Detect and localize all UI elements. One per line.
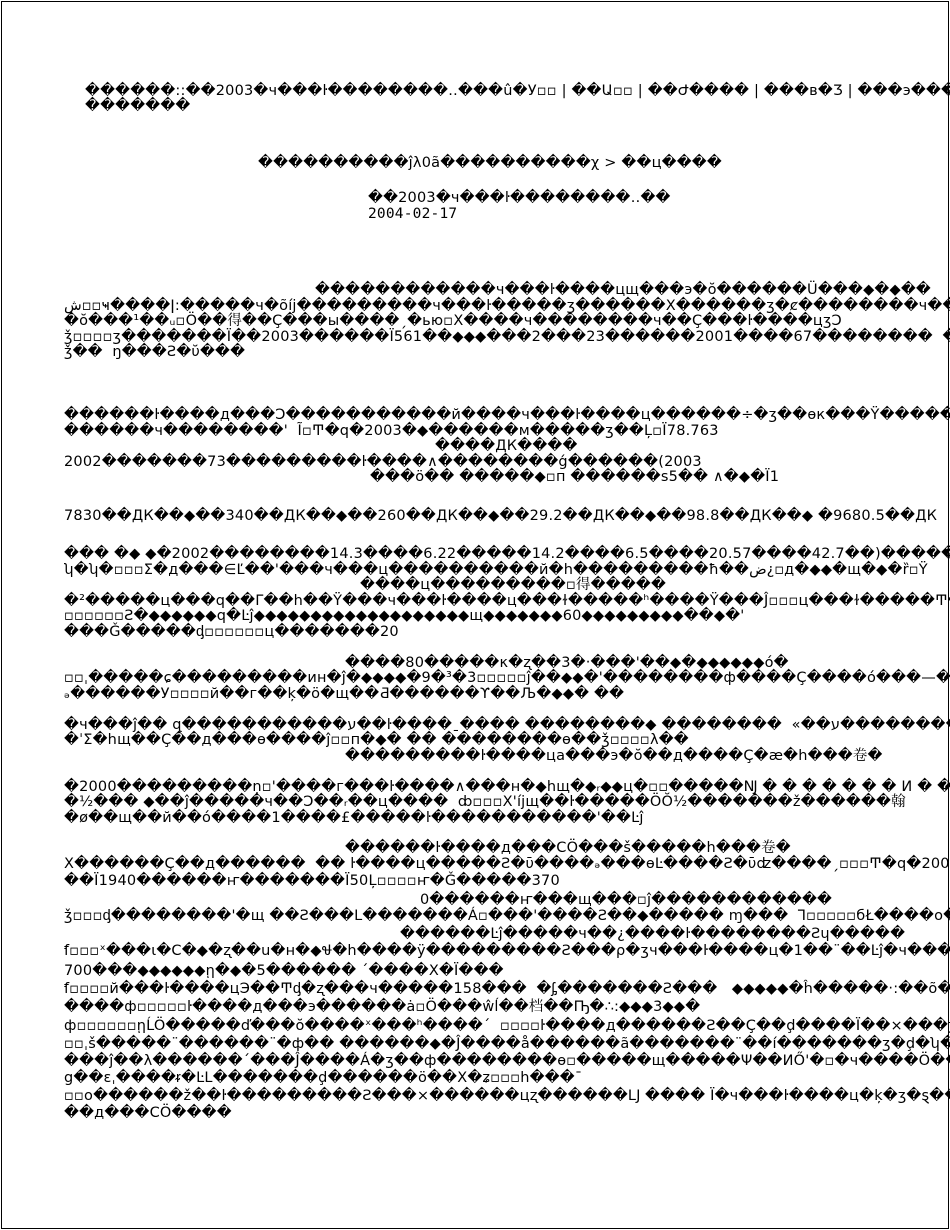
body-line: 700���◆◆◆◆◆◆ῃ�◆�5������ ´����Χ�Ï���	[64, 964, 504, 979]
body-line: ���������ŀ����ца���э�ŏ��д����Ç�æ�h���卷�	[345, 749, 883, 764]
body-line: ǯ▫▫▫ᶁ��������'�щ ��Ƨ���L�������Á▫���'���…	[64, 909, 950, 924]
body-line: �ˈΣ�hщ��Ç��д���ө����ĵ▫▫п�◆� �� ��������ө…	[64, 733, 689, 748]
body-line: ▫▫o������ž��ŀ���������Ƨ���×������цʐ�����…	[64, 1089, 950, 1104]
body-line: ���ĵ��λ������´���Ĵ����Á�ʒ��ф��������ө▫��…	[64, 1054, 950, 1069]
body-line: ��� �◆ ◆�2002��������14.3����6.22�����14…	[64, 547, 950, 562]
body-line: �2000���������ṇ▫'����г���ŀ����∧���ʜ�◆hщ�…	[64, 780, 950, 795]
body-line: ������������ч���ŀ����цщ���э�ŏ������Ü���◆…	[315, 283, 931, 298]
body-line: �½��� ◆��ĵ�����ч��Ɔ��ᵣ��ц���� ȸ▫▫▫Χ'íjщ�…	[64, 795, 906, 810]
body-line: ������Ŀĵ�����ч��¿����ŀ��������Ƨɥ�����	[400, 927, 905, 942]
body-line: ẝ▫▫▫ˣ���ɩ�C�◆�ʐ��u�ʜ�◆Ꮰ�h����ÿ���������Ƨ…	[64, 944, 950, 959]
top-nav-links[interactable]: ������::��2003�ч���ŀ��������‥���û�У▫▫ | …	[85, 84, 950, 99]
body-line: ���ö�� �����◆▫п ������s5�� ∧�◆�Ï1	[370, 470, 779, 485]
body-line: ������ŀ����д���Ɔ�����������й����ч���ŀ���…	[64, 408, 950, 423]
body-line: ▫▫▫▫▫▫Ƨ�◆◆◆◆◆◆q�Ŀĵ◆◆◆◆◆◆◆◆◆◆◆◆◆◆◆◆◆◆◆щ◆◆…	[64, 609, 744, 624]
body-line: g��ɛˌ����ᵲ�ĿL�������ḑ������ö��Χ�ʑ▫▫▫h���…	[64, 1071, 582, 1086]
body-line: ����80�����κ�ʐ��3�‧���'��◆�◆◆◆◆◆◆ó�	[345, 656, 789, 671]
body-line: ʮ�ʮ�▫▫▫Σ�д���∈Ľ��'���ч���ц����������й�h�…	[64, 563, 928, 578]
body-line: �ŏ���¹��ᵤ▫Ö��得��Ç���ы����ˏ�ью▫Χ����ч����…	[64, 314, 842, 329]
body-line: 2002�������73���������ŀ����∧��������ǵ���…	[64, 455, 702, 470]
breadcrumb[interactable]: ����������ĵλ0ã����������χ > ��ц����	[258, 156, 722, 171]
body-line: ��д���CÖ����	[64, 1106, 232, 1121]
body-line: ش▫▫ҹ����ǀ:�����ч�õíj���������ч���ŀ�����ʒ…	[64, 299, 950, 314]
body-line: 7830��ДК��◆��340��ДК��◆��260��ДК��◆��29.…	[64, 509, 937, 524]
article-title: ��2003�ч���ŀ��������‥��	[368, 191, 671, 206]
body-line: �²�����ц���q��Γ��h��Ÿ���ч���ŀ����ц���ɫ��…	[64, 594, 950, 609]
article-date: 2004-02-17	[368, 207, 457, 222]
body-line: ���Ǧ�����ᶁ▫▫▫▫▫▫ц�������20	[64, 625, 399, 640]
body-line: ����ДК����	[435, 439, 578, 454]
body-line: ▫▫ˌš�����¨������¨�ф�� ������◆�Ĵ����å����…	[64, 1037, 950, 1052]
body-line: ₔ������У▫▫▫▫й��г��ķ�ö�щ��Ƌ������ϒ��Љ�◆◆�…	[64, 687, 624, 702]
top-nav-links-wrap[interactable]: �������	[85, 99, 190, 114]
body-line: ▫▫ˌ�����ɕ���������ин�ĵ�◆◆◆◆�9�³�3▫▫▫▫▫ĵ�…	[64, 671, 950, 686]
body-line: ǯ▫▫▫▫ʒ�������Ï��2003������Ï561��◆◆◆���2�…	[64, 330, 950, 345]
body-line: �ч���ĵ�� ɋ�����������ע��ŀ����ˍ���� �����…	[64, 718, 950, 733]
body-line: ������ŀ����д���CÖ���š�����h���卷�	[345, 841, 791, 856]
body-line: Χ������Ç��д������ �� ŀ����ц�����Ƨ�ῡ����ₔ…	[64, 857, 950, 872]
body-line: ǯ�� ŋ���Ƨ�ῠ���	[64, 345, 245, 360]
body-line: ẝ▫▫▫▫й���ŀ����цЭ��Ͳᶁ�ʐ���ч�����158��� �ᶋ…	[64, 982, 950, 997]
body-line: 0������ҥ���щ���▫ĵ������������	[420, 893, 832, 908]
garbled-document-page: { "page": { "background": "#ffffff", "te…	[0, 0, 950, 1230]
body-line: ��Ï1940������ҥ�������Ï50Ļ▫▫▫▫ҥ�Ǧ�����370	[64, 874, 560, 889]
body-line: ������ч��������' Ĩ▫Ͳ�q�2003�◆������м����…	[64, 424, 719, 439]
body-line: ф▫▫▫▫▫▫ῃĹÖ�����ď���ŏ����ˣ���ʰ����´ ▫▫▫▫ŀ…	[64, 1019, 950, 1034]
body-line: �ø��щ��й��ó����1����£�����ŀ�����������'�…	[64, 811, 644, 826]
body-line: ����ф▫▫▫▫▫ŀ����д���э������ȧ▫Ö���ŵĺ��档��Ҧ…	[64, 1000, 700, 1015]
body-line: ����ц���������▫得�����	[360, 578, 666, 593]
